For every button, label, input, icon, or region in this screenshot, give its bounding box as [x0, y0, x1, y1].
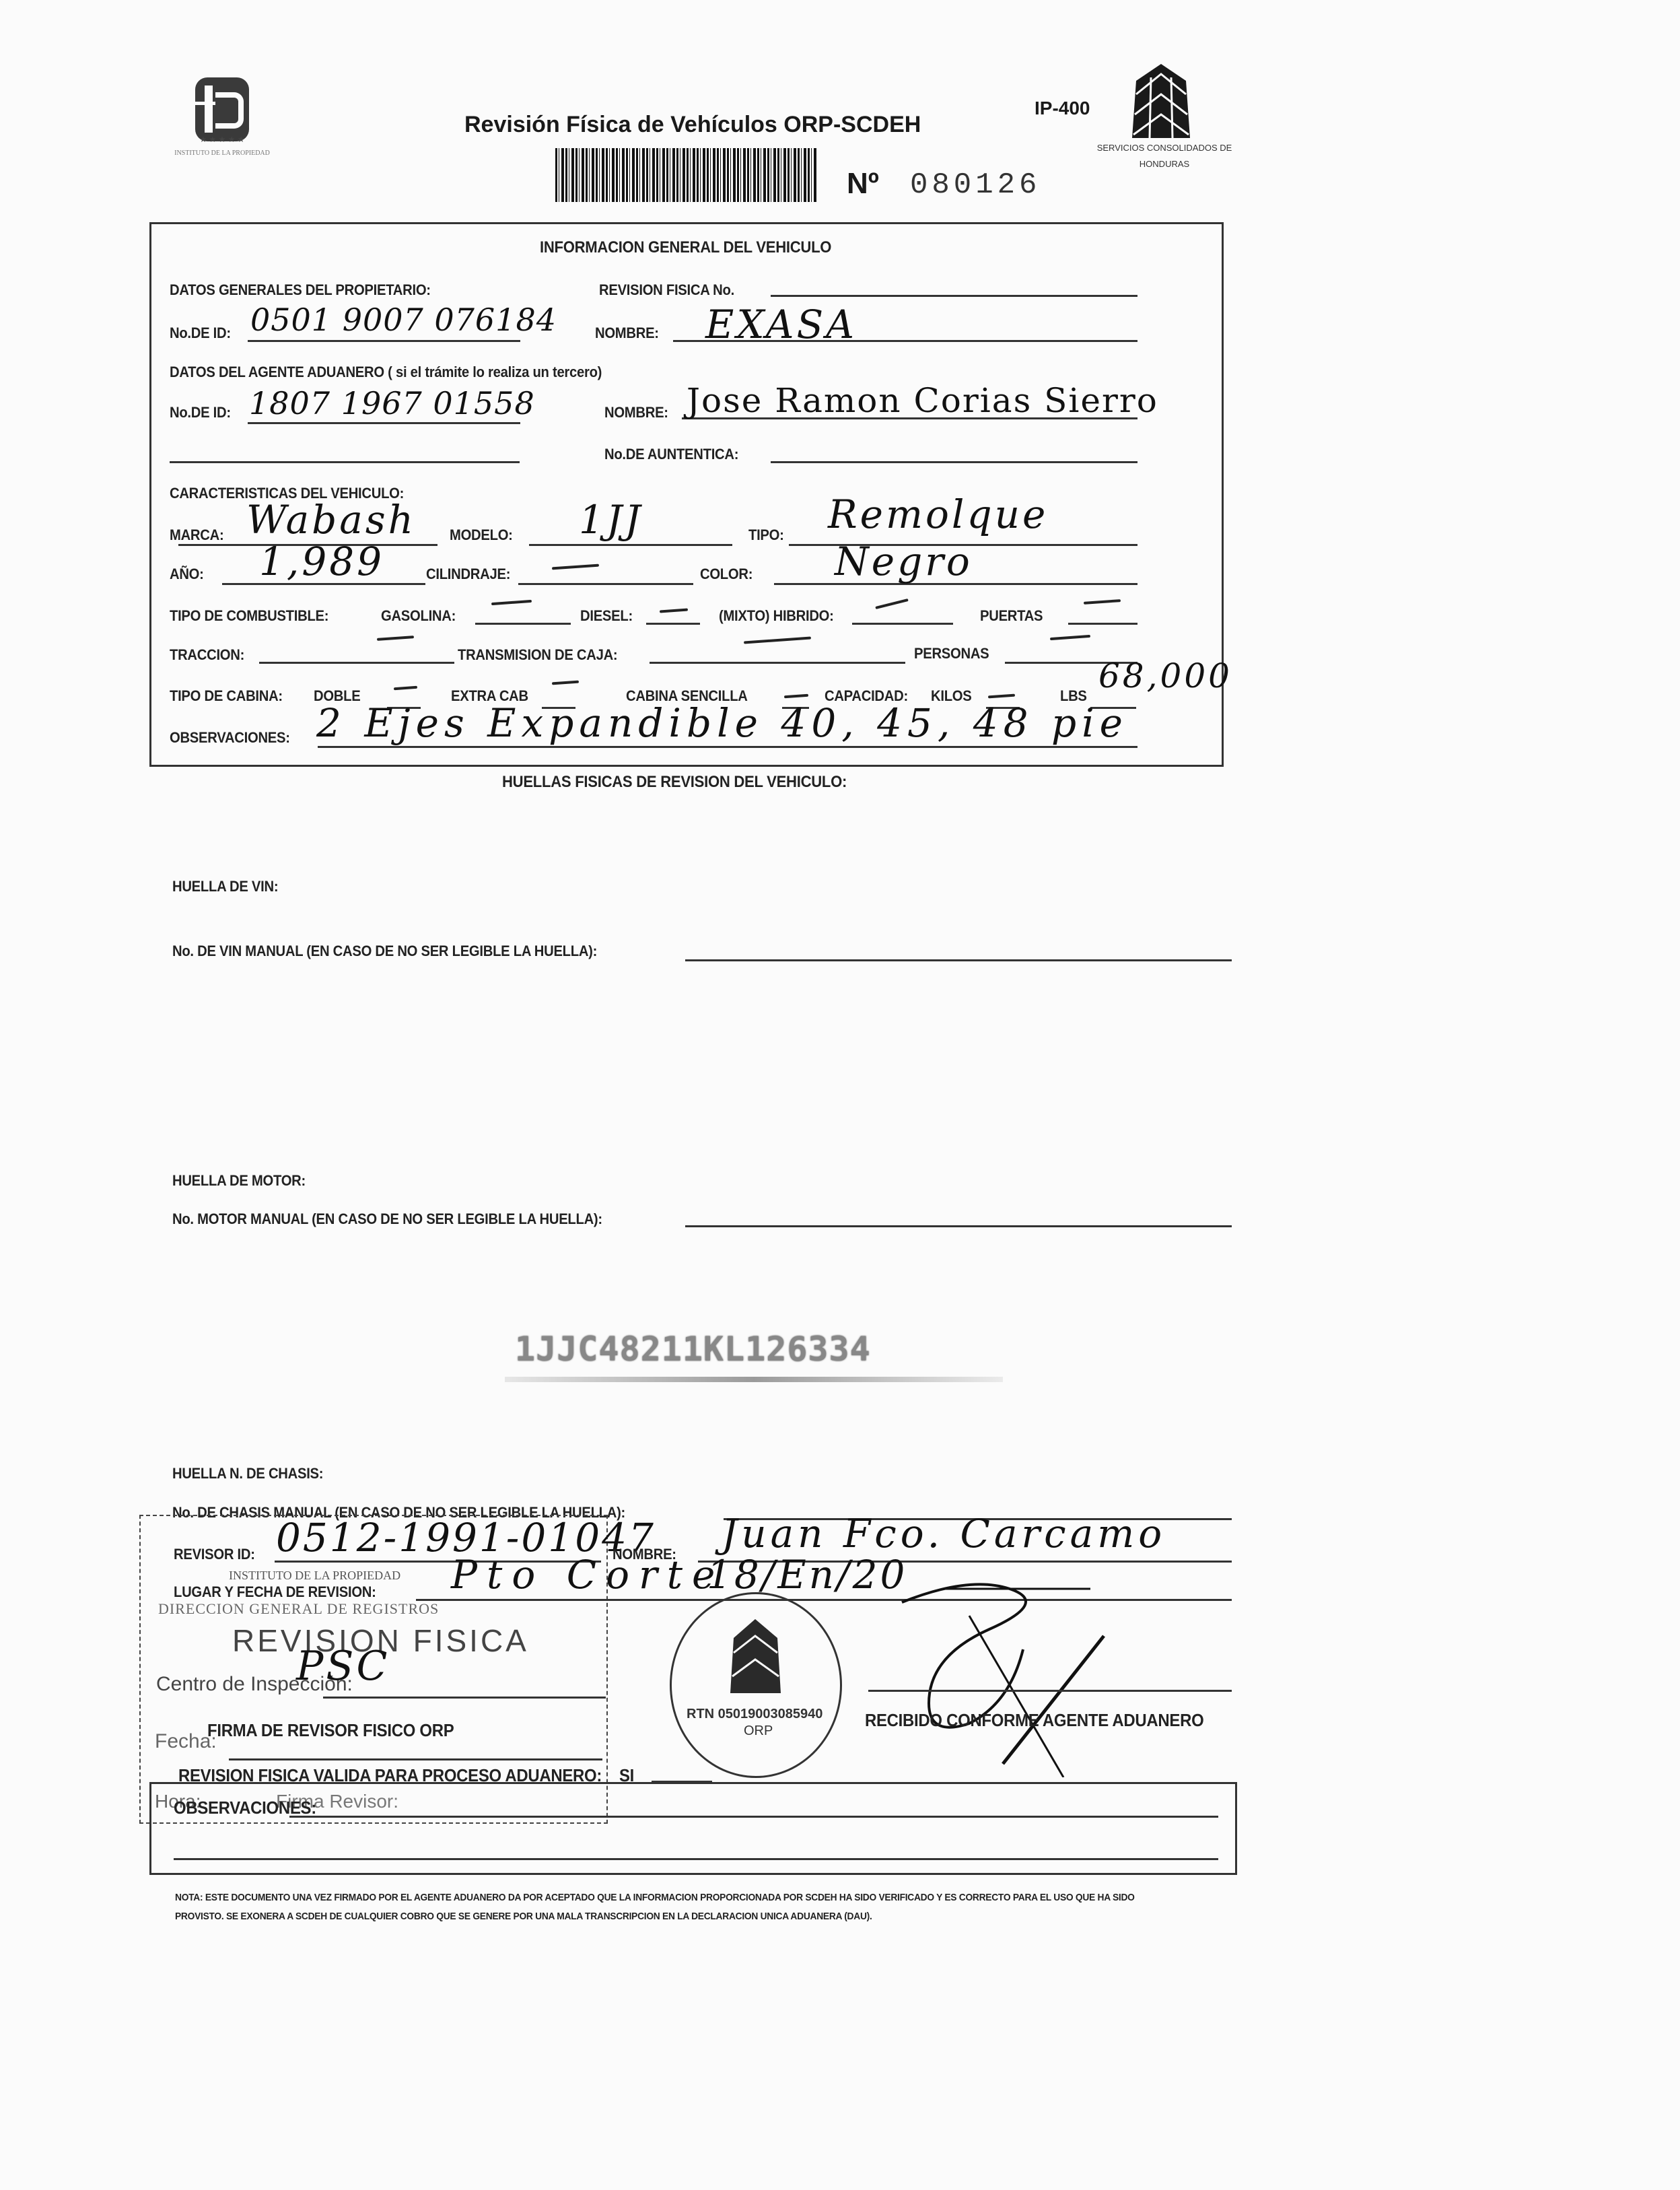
color-label: COLOR: [700, 566, 753, 583]
revision-no-label: REVISION FISICA No. [599, 281, 734, 299]
revisor-id-label: REVISOR ID: [174, 1546, 255, 1563]
logo-right-caption-1: SERVICIOS CONSOLIDADOS DE [1077, 143, 1252, 153]
tipo-value: Remolque [828, 491, 1048, 537]
transmision-field[interactable] [650, 662, 905, 664]
firma-revisor-field[interactable] [229, 1758, 602, 1760]
vin-label: HUELLA DE VIN: [172, 878, 278, 895]
stamp-building-icon [730, 1619, 781, 1693]
owner-name-value: EXASA [705, 302, 857, 347]
observaciones-line-2[interactable] [174, 1858, 1218, 1860]
modelo-value: 1JJ [579, 497, 643, 543]
footer-note-line-2: PROVISTO. SE EXONERA A SCDEH DE CUALQUIE… [175, 1911, 872, 1922]
color-value: Negro [835, 539, 973, 584]
revisor-name-value: Juan Fco. Carcamo [722, 1511, 1166, 1556]
footer-note-line-1: NOTA: ESTE DOCUMENTO UNA VEZ FIRMADO POR… [175, 1892, 1135, 1903]
huellas-heading: HUELLAS FISICAS DE REVISION DEL VEHICULO… [502, 773, 847, 792]
agent-signature-field[interactable] [868, 1690, 1232, 1692]
page-title: Revisión Física de Vehículos ORP-SCDEH [464, 112, 921, 138]
revision-no-field[interactable] [771, 295, 1137, 297]
hibrido-label: (MIXTO) HIBRIDO: [719, 607, 834, 625]
observaciones-line-1[interactable] [289, 1816, 1218, 1818]
owner-id-field[interactable] [248, 340, 520, 342]
cilindraje-label: CILINDRAJE: [426, 566, 510, 583]
agent-name-value: Jose Ramon Corias Sierro [687, 381, 1158, 420]
form-number: 080126 [910, 168, 1041, 202]
combustible-label: TIPO DE COMBUSTIBLE: [170, 607, 328, 625]
firma-revisor-label: FIRMA DE REVISOR FISICO ORP [207, 1720, 454, 1741]
marca-label: MARCA: [170, 526, 223, 544]
chassis-rubbing-smudge [505, 1377, 1003, 1382]
personas-label: PERSONAS [914, 645, 989, 662]
fecha-label: Fecha: [155, 1730, 217, 1753]
agent-signature [888, 1575, 1131, 1777]
marca-value: Wabash [246, 497, 416, 543]
cilindraje-field[interactable] [518, 583, 693, 585]
instituto-propiedad-logo [195, 77, 249, 141]
stamp-org: ORP [744, 1723, 773, 1739]
agent-extra-field[interactable] [170, 461, 520, 463]
place-value: Pto Corte [451, 1552, 724, 1598]
owner-id-label: No.DE ID: [170, 324, 231, 342]
owner-name-label: NOMBRE: [595, 324, 659, 342]
modelo-field[interactable] [529, 544, 732, 546]
anio-value: 1,989 [259, 539, 384, 584]
agent-id-value: 1807 1967 01558 [249, 385, 535, 421]
form-code: IP-400 [1035, 98, 1090, 119]
logo-right-caption-2: HONDURAS [1077, 159, 1252, 169]
motor-label: HUELLA DE MOTOR: [172, 1172, 306, 1190]
barcode [555, 148, 818, 202]
agent-heading: DATOS DEL AGENTE ADUANERO ( si el trámit… [170, 364, 602, 381]
lbs-value: 68,000 [1098, 656, 1232, 695]
chasis-label: HUELLA N. DE CHASIS: [172, 1465, 323, 1482]
motor-manual-label: No. MOTOR MANUAL (EN CASO DE NO SER LEGI… [172, 1210, 602, 1228]
observaciones-value: 2 Ejes Expandible 40, 45, 48 pie [316, 700, 1128, 746]
anio-label: AÑO: [170, 566, 204, 583]
vin-rubbing-area [172, 902, 1236, 943]
puertas-label: PUERTAS [980, 607, 1043, 625]
received-label: RECIBIDO CONFORME AGENTE ADUANERO [865, 1710, 1203, 1731]
tipo-label: TIPO: [748, 526, 784, 544]
hibrido-field[interactable] [852, 623, 953, 625]
observaciones-label: OBSERVACIONES: [170, 729, 290, 747]
centro-value: PSC [296, 1643, 390, 1690]
date-value: 18/En/20 [707, 1552, 907, 1598]
place-date-label: LUGAR Y FECHA DE REVISION: [174, 1583, 376, 1601]
stamp-line-2: DIRECCION GENERAL DE REGISTROS [158, 1600, 439, 1618]
vin-manual-field[interactable] [685, 959, 1232, 961]
traccion-label: TRACCION: [170, 646, 244, 664]
owner-heading: DATOS GENERALES DEL PROPIETARIO: [170, 281, 431, 299]
stamp-line-1: INSTITUTO DE LA PROPIEDAD [229, 1569, 400, 1583]
gasolina-field[interactable] [475, 623, 571, 625]
vin-manual-label: No. DE VIN MANUAL (EN CASO DE NO SER LEG… [172, 943, 597, 960]
logo-left-caption: INSTITUTO DE LA PROPIEDAD [155, 149, 289, 157]
form-number-prefix: Nº [847, 167, 879, 201]
observaciones-field[interactable] [318, 746, 1137, 748]
section-title-general: INFORMACION GENERAL DEL VEHICULO [540, 238, 831, 257]
authentic-label: No.DE AUNTENTICA: [604, 446, 738, 463]
puertas-field[interactable] [1068, 623, 1137, 625]
motor-manual-field[interactable] [685, 1225, 1232, 1227]
traccion-field[interactable] [259, 662, 454, 664]
cabina-label: TIPO DE CABINA: [170, 687, 283, 705]
owner-id-value: 0501 9007 076184 [250, 302, 557, 338]
agent-id-field[interactable] [248, 422, 520, 424]
agent-id-label: No.DE ID: [170, 404, 231, 421]
diesel-field[interactable] [646, 623, 700, 625]
authentic-field[interactable] [771, 461, 1137, 463]
scdeh-building-logo [1131, 64, 1191, 138]
logo-stars: ★ ★ ★ ★ ★ [182, 135, 262, 144]
agent-name-label: NOMBRE: [604, 404, 668, 421]
gasolina-label: GASOLINA: [381, 607, 456, 625]
ip-logo-glyph [205, 85, 213, 133]
diesel-label: DIESEL: [580, 607, 633, 625]
modelo-label: MODELO: [450, 526, 513, 544]
stamp-rtn: RTN 05019003085940 [687, 1707, 823, 1722]
centro-field[interactable] [323, 1697, 606, 1699]
observations-box [149, 1782, 1237, 1875]
transmision-label: TRANSMISION DE CAJA: [458, 646, 617, 664]
chassis-rubbing: 1JJC48211KL126334 [515, 1330, 871, 1369]
